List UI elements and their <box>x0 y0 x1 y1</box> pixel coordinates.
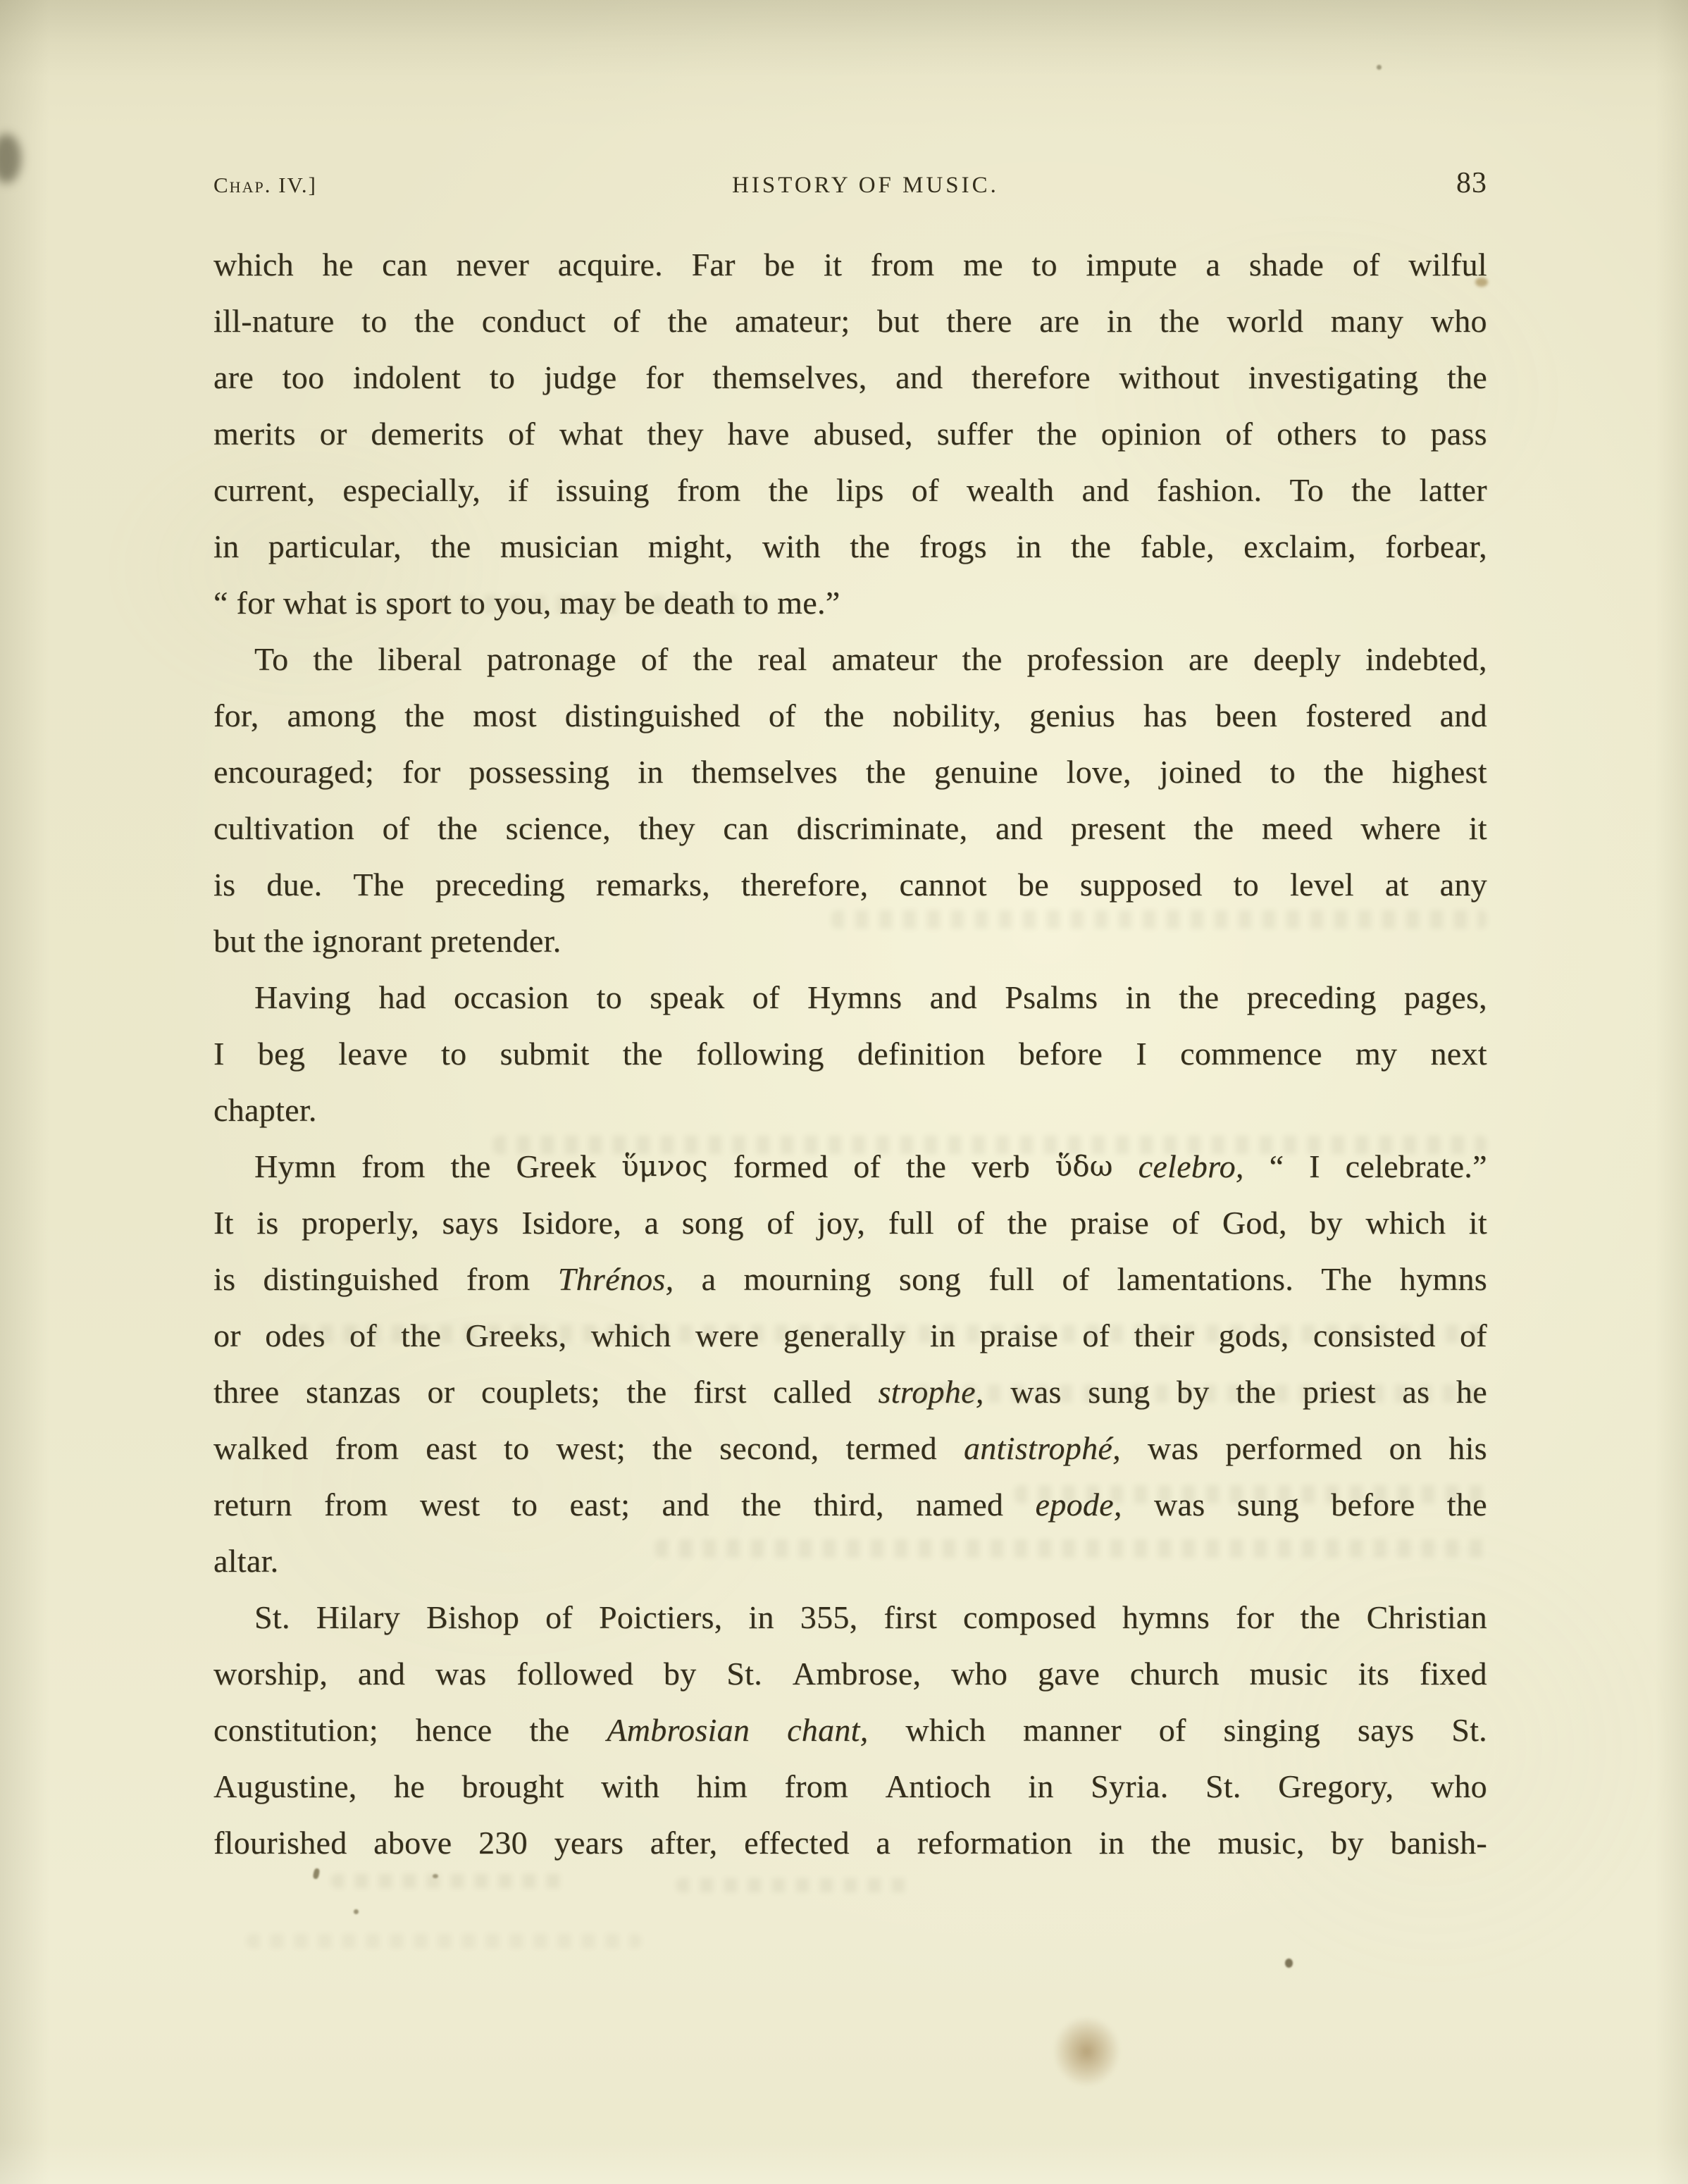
paper-speck <box>354 1909 359 1914</box>
text-run: from <box>784 1758 848 1815</box>
text-run: to <box>1234 857 1259 913</box>
text-run: to <box>490 349 515 406</box>
italic-run: antistrophé, <box>964 1420 1121 1477</box>
text-run: St. <box>1451 1702 1487 1758</box>
text-run: the <box>437 800 478 857</box>
text-run: and <box>1082 462 1129 519</box>
text-run: the <box>1236 1364 1276 1420</box>
text-run: to <box>512 1477 538 1533</box>
text-run: termed <box>845 1420 937 1477</box>
text-run: a <box>1206 237 1221 293</box>
show-through-ghost <box>247 1934 641 1948</box>
paper-speck <box>0 134 21 183</box>
text-run: the <box>741 1477 781 1533</box>
text-run: they <box>638 800 695 857</box>
text-run: cultivation <box>213 800 354 857</box>
text-run: latter <box>1420 462 1487 519</box>
text-run: he <box>394 1758 425 1815</box>
text-run: at <box>1385 857 1409 913</box>
text-run: which <box>213 237 294 293</box>
text-run: Greeks, <box>466 1308 567 1364</box>
text-run: in <box>1099 1815 1124 1871</box>
text-run: church <box>1130 1646 1220 1702</box>
text-run: chapter. <box>213 1092 317 1128</box>
page-number: 83 <box>1456 166 1487 200</box>
text-run: the <box>414 293 454 349</box>
text-run: music <box>1250 1646 1328 1702</box>
text-run: of <box>912 462 939 519</box>
text-run: a <box>645 1195 659 1251</box>
text-run: he <box>323 237 354 293</box>
text-run: hymns <box>1400 1251 1487 1308</box>
text-run: impute <box>1086 237 1177 293</box>
text-line: Augustine,hebroughtwithhimfromAntiochinS… <box>213 1758 1487 1815</box>
text-line: whichhecanneveracquire.Farbeitfrommetoim… <box>213 237 1487 293</box>
text-run: St. <box>726 1646 762 1702</box>
text-run: says <box>1358 1702 1414 1758</box>
text-run: return <box>213 1477 292 1533</box>
text-run: It <box>213 1195 234 1251</box>
text-run: world <box>1227 293 1303 349</box>
text-run: the <box>962 631 1003 688</box>
text-run: genius <box>1029 688 1115 744</box>
text-run: the <box>1447 349 1487 406</box>
text-run: gave <box>1038 1646 1100 1702</box>
text-run: preceding <box>435 857 565 913</box>
text-run: of <box>767 1195 794 1251</box>
text-run: priest <box>1303 1364 1376 1420</box>
text-run: first <box>693 1364 747 1420</box>
text-run: the <box>529 1702 569 1758</box>
page-text: whichhecanneveracquire.Farbeitfrommetoim… <box>213 237 1487 1871</box>
text-run: its <box>1358 1646 1389 1702</box>
text-run: be <box>764 237 795 293</box>
text-run: first <box>883 1589 937 1646</box>
text-run: are <box>213 349 254 406</box>
text-run: “ <box>1270 1138 1284 1195</box>
text-run: of <box>1460 1308 1487 1364</box>
text-run: St. <box>254 1589 290 1646</box>
text-run: or <box>213 1308 241 1364</box>
text-run: submit <box>500 1026 590 1082</box>
text-run: Hymns <box>807 969 902 1026</box>
text-run: hymns <box>1122 1589 1210 1646</box>
text-run: the <box>401 1308 441 1364</box>
text-run: possessing <box>469 744 610 800</box>
italic-run: Ambrosian <box>607 1702 750 1758</box>
text-run: of <box>613 293 640 349</box>
text-run: exclaim, <box>1243 519 1356 575</box>
text-line: Itisproperly,saysIsidore,asongofjoy,full… <box>213 1195 1487 1251</box>
text-run: banish- <box>1390 1815 1487 1871</box>
text-line: constitution;hencetheAmbrosianchant,whic… <box>213 1702 1487 1758</box>
text-run: of <box>349 1308 377 1364</box>
text-run: for <box>1236 1589 1274 1646</box>
text-run: meed <box>1262 800 1333 857</box>
text-run: To <box>1290 462 1324 519</box>
text-run: to <box>504 1420 529 1477</box>
text-run: real <box>757 631 807 688</box>
text-run: but <box>877 293 919 349</box>
text-run: he <box>1456 1364 1487 1420</box>
text-run: by <box>1331 1815 1364 1871</box>
text-run: the <box>451 1138 491 1195</box>
text-run: therefore, <box>741 857 869 913</box>
text-line: cultivationofthescience,theycandiscrimin… <box>213 800 1487 857</box>
page-header: Chap. IV.] HISTORY OF MUSIC. 83 <box>213 166 1487 200</box>
text-run: praise <box>979 1308 1058 1364</box>
text-run: science, <box>506 800 611 857</box>
text-run: effected <box>744 1815 850 1871</box>
page-edge-shading-top <box>0 0 1688 77</box>
text-run: the <box>1037 406 1077 462</box>
text-run: Christian <box>1367 1589 1487 1646</box>
text-run: and <box>358 1646 405 1702</box>
text-run: of <box>752 969 780 1026</box>
text-run: of <box>1353 237 1380 293</box>
text-run: my <box>1355 1026 1397 1082</box>
text-run: in <box>1126 969 1151 1026</box>
italic-run: Thrénos, <box>558 1251 674 1308</box>
text-run: celebrate.” <box>1346 1138 1487 1195</box>
text-run: ill-nature <box>213 293 335 349</box>
text-run: lamentations. <box>1117 1251 1293 1308</box>
paper-stain <box>1053 2016 1120 2087</box>
text-run: conduct <box>482 293 586 349</box>
text-run: composed <box>963 1589 1096 1646</box>
text-run: odes <box>265 1308 325 1364</box>
text-run: cannot <box>899 857 986 913</box>
text-run: God, <box>1222 1195 1287 1251</box>
text-run: brought <box>462 1758 564 1815</box>
text-run: most <box>473 688 537 744</box>
text-run: Ambrose, <box>793 1646 921 1702</box>
text-run: remarks, <box>596 857 710 913</box>
text-run: leave <box>338 1026 408 1082</box>
greek-word: ὕδω <box>1055 1138 1113 1195</box>
text-run: west; <box>556 1420 626 1477</box>
text-run: lips <box>836 462 884 519</box>
text-run: in <box>1028 1758 1053 1815</box>
text-run: in <box>638 744 663 800</box>
text-run: second, <box>719 1420 819 1477</box>
text-run: beg <box>258 1026 305 1082</box>
text-run: the <box>652 1420 693 1477</box>
text-run: by <box>1310 1195 1343 1251</box>
text-run: says <box>442 1195 499 1251</box>
text-run: in <box>930 1308 955 1364</box>
text-run: who <box>1431 293 1487 349</box>
text-run: their <box>1134 1308 1195 1364</box>
text-run: discriminate, <box>797 800 968 857</box>
text-run: east; <box>569 1477 630 1533</box>
text-run: forbear, <box>1385 519 1487 575</box>
text-line: Ibegleavetosubmitthefollowingdefinitionb… <box>213 1026 1487 1082</box>
text-run: the <box>1071 519 1111 575</box>
text-run: as <box>1402 1364 1429 1420</box>
text-run: St. <box>1205 1758 1241 1815</box>
text-run: and <box>930 969 977 1026</box>
text-run: which <box>1365 1195 1446 1251</box>
text-run: of <box>641 631 669 688</box>
text-run: consisted <box>1313 1308 1436 1364</box>
text-run: never <box>456 237 529 293</box>
text-run: constitution; <box>213 1702 378 1758</box>
text-run: I <box>1309 1138 1320 1195</box>
text-run: Having <box>254 969 351 1026</box>
text-run: too <box>283 349 325 406</box>
text-run: sung <box>1088 1364 1150 1420</box>
text-run: full <box>988 1251 1034 1308</box>
text-run: Bishop <box>426 1589 519 1646</box>
text-run: to <box>1270 744 1295 800</box>
text-run: opinion <box>1101 406 1202 462</box>
text-run: commence <box>1180 1026 1322 1082</box>
text-run: the <box>1007 1195 1048 1251</box>
text-run: especially, <box>342 462 480 519</box>
text-run: fixed <box>1420 1646 1487 1702</box>
text-run: musician <box>500 519 619 575</box>
text-run: which <box>905 1702 986 1758</box>
text-run: of <box>1062 1251 1089 1308</box>
text-run: Antioch <box>886 1758 991 1815</box>
text-line: HavinghadoccasiontospeakofHymnsandPsalms… <box>213 969 1487 1026</box>
text-line: isdue.Theprecedingremarks,therefore,cann… <box>213 857 1487 913</box>
text-line: worship,andwasfollowedbySt.Ambrose,whoga… <box>213 1646 1487 1702</box>
page-edge-shading-right <box>1656 0 1688 2184</box>
italic-run: strophe, <box>878 1364 983 1420</box>
text-run: the <box>1324 744 1364 800</box>
italic-run: celebro, <box>1138 1138 1244 1195</box>
page-edge-shading-bottom <box>0 2142 1688 2184</box>
text-run: Isidore, <box>521 1195 621 1251</box>
text-run: the <box>906 1138 946 1195</box>
text-run: issuing <box>556 462 649 519</box>
text-run: with <box>762 519 821 575</box>
chapter-label: Chap. IV.] <box>213 173 317 198</box>
text-run: before <box>1331 1477 1415 1533</box>
text-run: suffer <box>937 406 1013 462</box>
text-run: amateur; <box>735 293 850 349</box>
text-run: Hilary <box>316 1589 400 1646</box>
text-run: there <box>946 293 1012 349</box>
text-run: of <box>508 406 535 462</box>
text-run: without <box>1119 349 1220 406</box>
text-run: were <box>695 1308 759 1364</box>
text-run: of <box>383 800 410 857</box>
text-run: present <box>1071 800 1166 857</box>
text-run: but the ignorant pretender. <box>213 923 561 959</box>
text-run: if <box>508 462 528 519</box>
text-run: fostered <box>1305 688 1412 744</box>
text-line: for,amongthemostdistinguishedofthenobili… <box>213 688 1487 744</box>
text-run: frogs <box>919 519 987 575</box>
text-run: merits <box>213 406 296 462</box>
text-run: and <box>995 800 1043 857</box>
page-edge-shading-left <box>0 0 49 2184</box>
text-run: pass <box>1430 406 1487 462</box>
text-run: speak <box>650 969 724 1026</box>
text-run: called <box>773 1364 852 1420</box>
text-run: or <box>428 1364 455 1420</box>
text-run: who <box>951 1646 1007 1702</box>
text-run: The <box>353 857 404 913</box>
text-run: I <box>213 1026 225 1082</box>
text-run: the <box>1160 293 1200 349</box>
text-run: joined <box>1160 744 1242 800</box>
text-run: me <box>963 237 1003 293</box>
text-run: which <box>591 1308 671 1364</box>
text-run: in <box>1016 519 1041 575</box>
text-run: years <box>554 1815 624 1871</box>
italic-run: epode, <box>1036 1477 1122 1533</box>
text-run: for <box>402 744 441 800</box>
text-run: distinguished <box>565 688 740 744</box>
text-run: any <box>1440 857 1487 913</box>
text-run: amateur <box>831 631 937 688</box>
text-run: judge <box>544 349 617 406</box>
text-run: reformation <box>917 1815 1072 1871</box>
book-page: Chap. IV.] HISTORY OF MUSIC. 83 whichhec… <box>0 0 1688 2184</box>
text-run: Psalms <box>1005 969 1098 1026</box>
text-line: St.HilaryBishopofPoictiers,in355,firstco… <box>213 1589 1487 1646</box>
text-run: and <box>662 1477 709 1533</box>
text-run: themselves, <box>712 349 867 406</box>
text-run: themselves <box>692 744 838 800</box>
text-run: demerits <box>371 406 484 462</box>
text-run: “ for what is sport to you, may be death… <box>213 585 840 621</box>
text-run: of <box>957 1195 984 1251</box>
text-run: is <box>256 1195 278 1251</box>
text-run: of <box>853 1138 881 1195</box>
text-run: Gregory, <box>1278 1758 1394 1815</box>
text-run: next <box>1430 1026 1487 1082</box>
text-run: from <box>466 1251 530 1308</box>
text-run: of <box>1172 1195 1199 1251</box>
text-run: can <box>723 800 769 857</box>
text-run: or <box>320 406 347 462</box>
italic-run: chant, <box>787 1702 869 1758</box>
text-run: altar. <box>213 1543 278 1579</box>
text-run: highest <box>1392 744 1487 800</box>
text-run: love, <box>1067 744 1131 800</box>
text-run: of <box>1082 1308 1110 1364</box>
text-run: wealth <box>967 462 1054 519</box>
text-line: inparticular,themusicianmight,withthefro… <box>213 519 1487 575</box>
text-line: orodesoftheGreeks,whichweregenerallyinpr… <box>213 1308 1487 1364</box>
text-run: many <box>1331 293 1403 349</box>
text-run: what <box>559 406 623 462</box>
text-line: meritsordemeritsofwhattheyhaveabused,suf… <box>213 406 1487 462</box>
text-run: for <box>645 349 684 406</box>
text-run: after, <box>650 1815 718 1871</box>
text-run: level <box>1290 857 1354 913</box>
text-line: aretooindolenttojudgeforthemselves,andth… <box>213 349 1487 406</box>
text-run: of <box>1159 1702 1186 1758</box>
text-run: Augustine, <box>213 1758 357 1815</box>
text-run: the <box>824 688 864 744</box>
text-run: the <box>866 744 906 800</box>
show-through-ghost <box>676 1878 909 1892</box>
text-run: to <box>1031 237 1057 293</box>
text-run: manner <box>1023 1702 1122 1758</box>
text-run: they <box>647 406 703 462</box>
text-run: the <box>769 462 809 519</box>
text-line: threestanzasorcouplets;thefirstcalledstr… <box>213 1364 1487 1420</box>
text-line: but the ignorant pretender. <box>213 913 1487 969</box>
text-run: gods, <box>1219 1308 1289 1364</box>
paper-speck <box>1285 1959 1293 1968</box>
text-run: the <box>313 631 353 688</box>
text-run: was <box>435 1646 486 1702</box>
text-run: been <box>1215 688 1277 744</box>
text-run: was <box>1148 1420 1198 1477</box>
text-run: properly, <box>302 1195 419 1251</box>
text-run: followed <box>516 1646 633 1702</box>
text-run: shade <box>1249 237 1324 293</box>
text-run: was <box>1154 1477 1205 1533</box>
text-line: Totheliberalpatronageoftherealamateurthe… <box>213 631 1487 688</box>
text-run: of <box>1225 406 1253 462</box>
text-run: for, <box>213 688 259 744</box>
text-run: particular, <box>268 519 402 575</box>
text-run: nobility, <box>893 688 1001 744</box>
text-run: patronage <box>487 631 616 688</box>
text-run: the <box>626 1364 666 1420</box>
text-run: might, <box>648 519 733 575</box>
text-run: who <box>1431 1758 1487 1815</box>
text-run: third, <box>814 1477 884 1533</box>
text-run: from <box>324 1477 388 1533</box>
text-run: acquire. <box>558 237 663 293</box>
text-run: others <box>1277 406 1357 462</box>
text-run: the <box>850 519 890 575</box>
text-run: among <box>287 688 376 744</box>
text-run: definition <box>857 1026 986 1082</box>
text-run: sung <box>1237 1477 1299 1533</box>
text-run: praise <box>1070 1195 1149 1251</box>
text-run: east <box>426 1420 477 1477</box>
text-run: investigating <box>1248 349 1419 406</box>
text-run: was <box>1010 1364 1061 1420</box>
text-run: Hymn <box>254 1138 336 1195</box>
text-run: Syria. <box>1091 1758 1168 1815</box>
text-run: with <box>601 1758 659 1815</box>
text-run: to <box>597 969 622 1026</box>
text-run: and <box>895 349 943 406</box>
text-run: have <box>728 406 790 462</box>
text-run: couplets; <box>481 1364 600 1420</box>
text-run: 230 <box>478 1815 528 1871</box>
text-run: The <box>1321 1251 1372 1308</box>
text-run: abused, <box>814 406 913 462</box>
text-line: HymnfromtheGreekὕμνοςformedoftheverbὕδωc… <box>213 1138 1487 1195</box>
text-run: above <box>373 1815 452 1871</box>
text-run: is <box>213 857 235 913</box>
text-run: west <box>420 1477 480 1533</box>
text-run: where <box>1360 800 1441 857</box>
text-run: in <box>1107 293 1132 349</box>
text-run: of <box>545 1589 573 1646</box>
text-run: 355, <box>800 1589 858 1646</box>
text-run: from <box>677 462 741 519</box>
text-run: formed <box>733 1138 829 1195</box>
text-run: walked <box>213 1420 309 1477</box>
text-run: music, <box>1217 1815 1304 1871</box>
text-run: of <box>769 688 796 744</box>
text-run: preceding <box>1247 969 1377 1026</box>
text-run: the <box>404 688 445 744</box>
